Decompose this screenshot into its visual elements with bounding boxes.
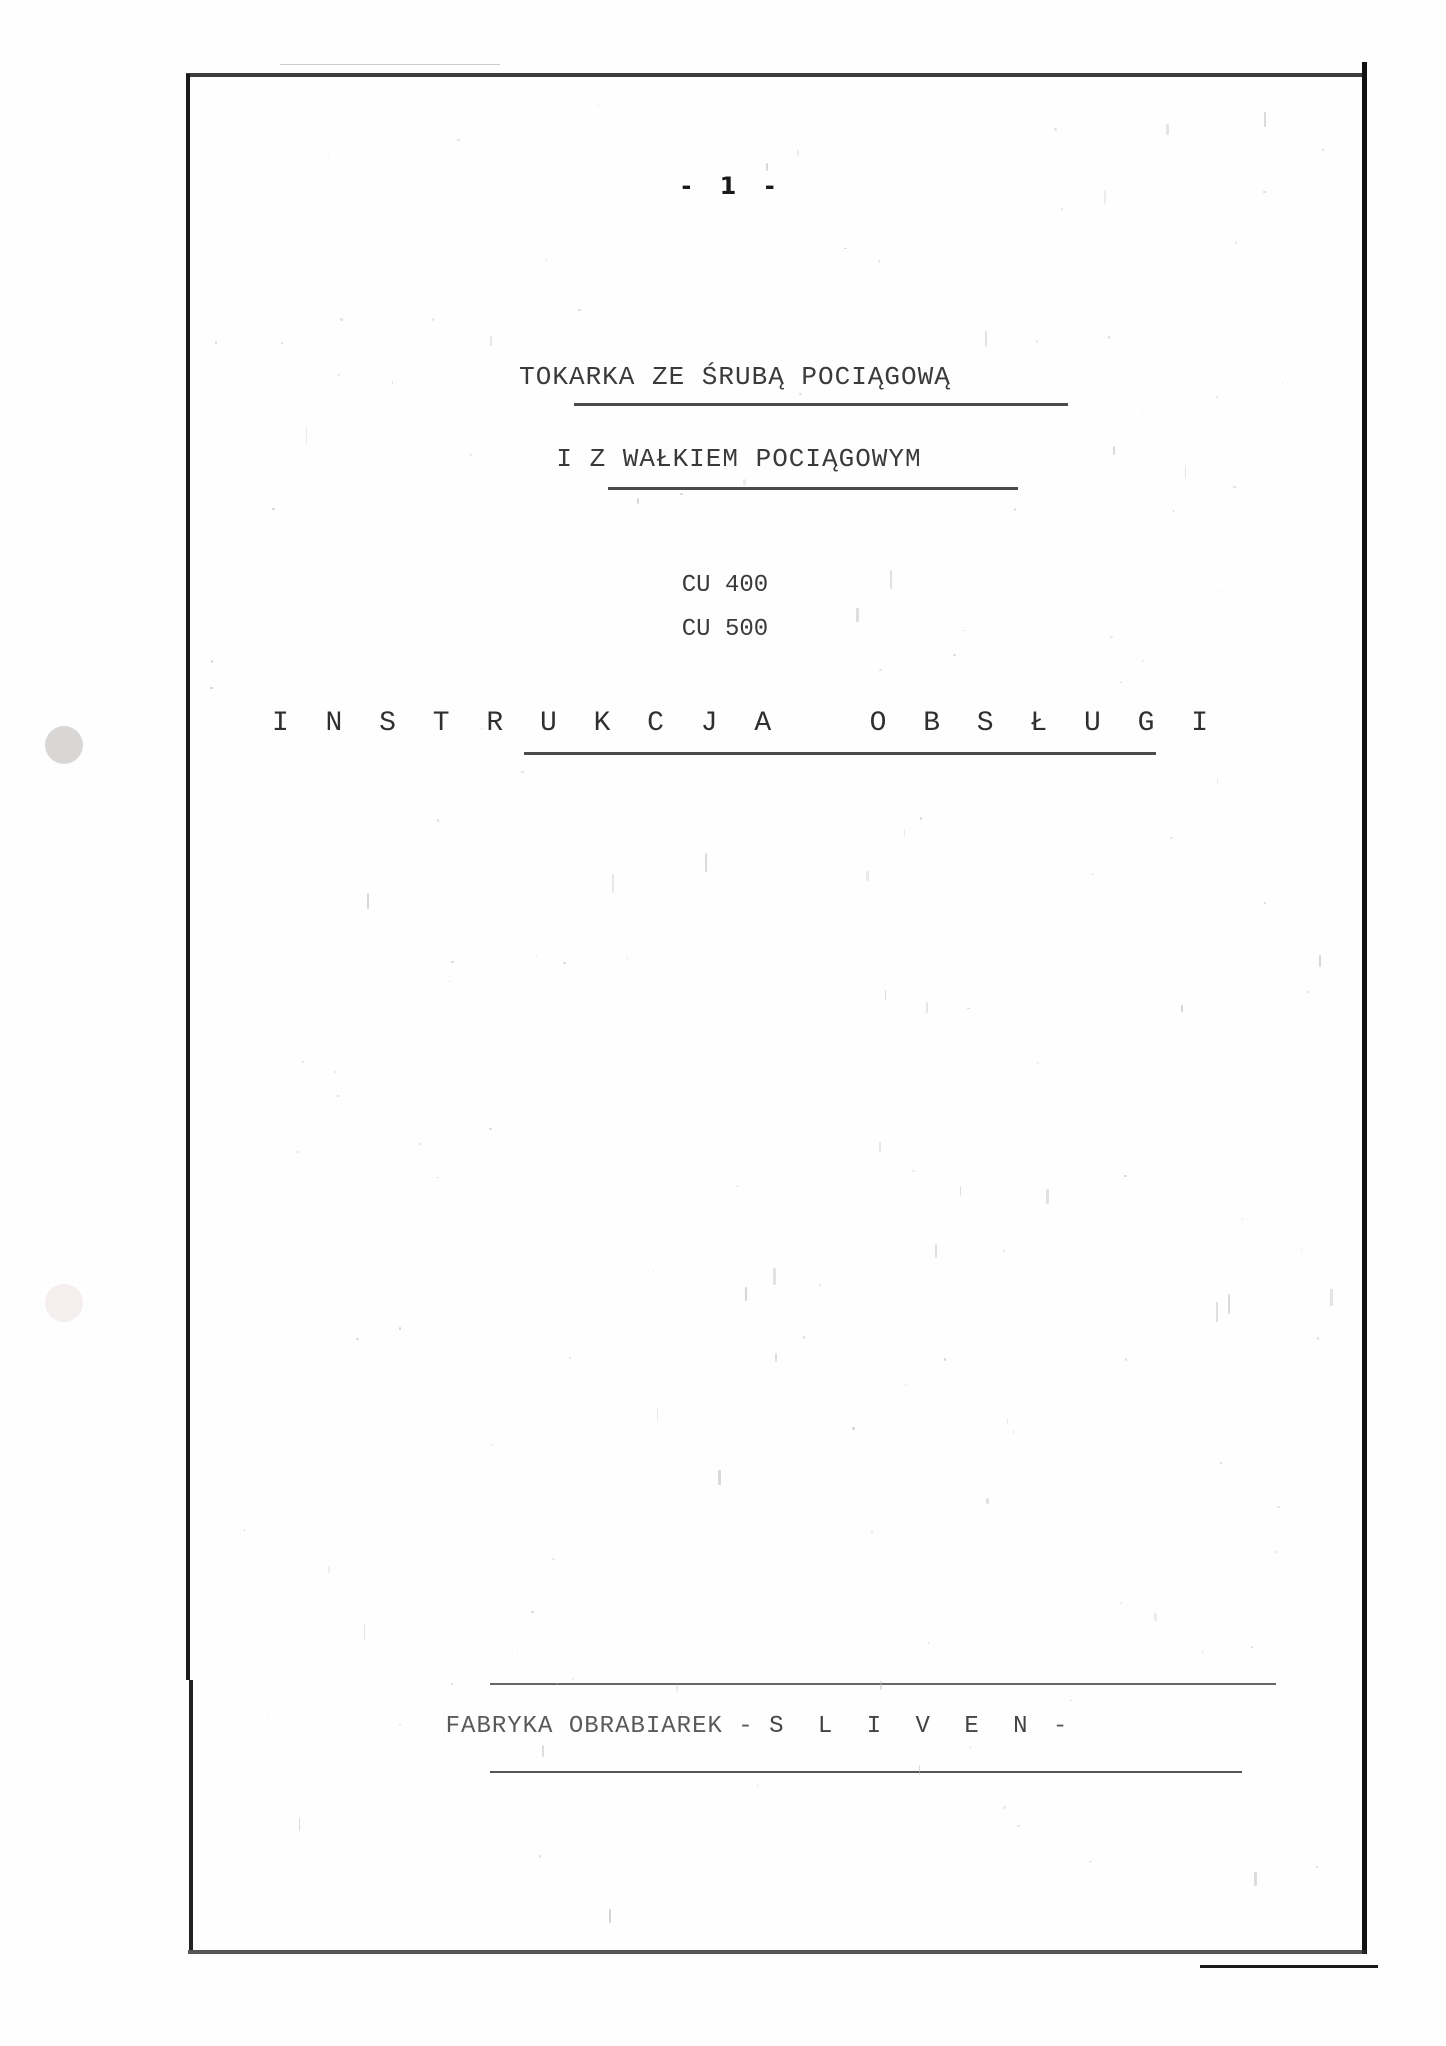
scan-speck: [451, 961, 454, 962]
scan-speck: [1154, 1613, 1157, 1621]
scan-speck: [985, 331, 987, 346]
scan-speck: [766, 163, 768, 171]
scan-speck: [1275, 1551, 1278, 1552]
scan-speck: [1046, 1189, 1049, 1204]
scan-speck: [676, 1684, 678, 1692]
scan-speck: [1228, 1294, 1230, 1314]
scan-speck: [392, 381, 393, 384]
scan-speck: [852, 1427, 854, 1429]
scan-speck: [705, 853, 707, 872]
scan-speck: [879, 1142, 881, 1152]
punch-hole: [45, 1284, 83, 1322]
scan-speck: [626, 957, 628, 959]
scan-speck: [1216, 396, 1218, 398]
scan-speck: [1014, 508, 1016, 510]
scan-speck: [210, 687, 212, 690]
scan-speck: [432, 318, 433, 321]
scan-speck: [337, 374, 340, 376]
scan-speck: [399, 1327, 401, 1330]
scan-speck: [1089, 1861, 1092, 1862]
scan-speck: [1013, 1431, 1014, 1433]
scan-speck: [680, 493, 683, 495]
scan-speck: [797, 150, 799, 156]
scan-speck: [871, 1530, 872, 1533]
scan-speck: [844, 248, 847, 249]
scan-speck: [552, 1558, 555, 1560]
scan-speck: [1120, 682, 1122, 683]
scan-speck: [517, 1653, 518, 1655]
scan-speck: [920, 817, 922, 820]
scan-speck: [302, 1061, 304, 1062]
scan-speck: [1108, 336, 1110, 339]
title-underline-1: [574, 403, 1068, 406]
scan-speck: [960, 1186, 961, 1196]
scan-speck: [637, 498, 639, 504]
scan-speck: [1319, 955, 1322, 967]
scan-speck: [539, 1855, 541, 1858]
frame-border-right: [1362, 62, 1367, 1954]
scan-speck: [1202, 1651, 1203, 1653]
scan-speck: [803, 1336, 805, 1338]
document-subtitle: I N S T R U K C J A O B S Ł U G I: [20, 708, 1446, 739]
scan-speck: [890, 570, 892, 589]
scan-speck: [986, 1498, 989, 1504]
scan-speck: [437, 819, 439, 821]
frame-border-left: [186, 74, 190, 1680]
scan-speck: [492, 1444, 494, 1446]
scan-speck: [319, 1054, 320, 1055]
scan-speck: [912, 1170, 915, 1172]
scan-speck: [337, 1095, 340, 1097]
scan-speck: [1061, 208, 1063, 210]
scan-speck: [775, 1353, 777, 1363]
scan-speck: [244, 1529, 245, 1531]
scan-speck: [773, 1268, 775, 1285]
scan-speck: [281, 342, 283, 344]
scan-speck: [559, 798, 561, 799]
footer-rule-top: [490, 1683, 1276, 1685]
scan-speck: [1301, 1249, 1302, 1252]
scan-speck: [743, 479, 745, 485]
scan-speck: [878, 260, 880, 262]
frame-top-faint-mark: [280, 64, 500, 65]
title-line-2: I Z WAŁKIEM POCIĄGOWYM: [16, 444, 1446, 474]
scan-speck: [1017, 1825, 1020, 1827]
scan-speck: [364, 1624, 365, 1641]
scan-speck: [926, 1002, 928, 1012]
scan-speck: [1316, 1866, 1318, 1868]
scan-speck: [1264, 902, 1266, 905]
scan-speck: [1166, 124, 1168, 135]
footer-suffix: -: [1038, 1713, 1069, 1740]
scan-speck: [1007, 1418, 1009, 1425]
scan-speck: [1170, 837, 1173, 839]
scan-speck: [334, 1071, 336, 1074]
scan-speck: [1173, 510, 1174, 513]
scan-speck: [531, 1611, 533, 1613]
scan-speck: [905, 1384, 906, 1386]
footer-rule-bottom: [490, 1771, 1242, 1773]
scan-speck: [879, 669, 882, 671]
scan-speck: [299, 1818, 300, 1830]
scan-speck: [1233, 486, 1236, 487]
scan-speck: [1142, 660, 1144, 662]
scan-speck: [367, 893, 369, 908]
scan-speck: [489, 1128, 492, 1130]
scan-speck: [1037, 1062, 1039, 1064]
scan-speck: [1054, 128, 1057, 131]
scan-speck: [856, 608, 859, 622]
scan-speck: [1251, 1646, 1254, 1648]
scan-speck: [745, 1287, 747, 1301]
scan-speck: [578, 309, 580, 311]
scan-speck: [449, 981, 450, 982]
scan-speck: [437, 1177, 439, 1178]
scan-speck: [1264, 112, 1267, 127]
scan-speck: [866, 871, 869, 881]
scan-speck: [1124, 1175, 1127, 1177]
scanned-document-page: - 1 - TOKARKA ZE ŚRUBĄ POCIĄGOWĄ I Z WAŁ…: [0, 0, 1446, 2046]
scan-speck: [542, 1745, 544, 1757]
scan-speck: [569, 1357, 571, 1358]
scan-speck: [928, 1642, 929, 1643]
scan-speck: [1143, 410, 1144, 412]
scan-speck: [1003, 1806, 1006, 1808]
scan-speck: [1322, 149, 1324, 150]
scan-speck: [451, 1683, 453, 1685]
scan-speck: [1263, 191, 1265, 192]
scan-speck: [328, 1566, 331, 1573]
scan-speck: [1242, 1218, 1243, 1220]
scan-speck: [356, 1338, 359, 1340]
scan-speck: [1104, 190, 1106, 205]
model-cu-500: CU 500: [2, 616, 1446, 643]
scan-speck: [1307, 991, 1309, 994]
frame-border-bottom-outer: [1200, 1965, 1378, 1968]
frame-border-top: [186, 73, 1366, 77]
scan-speck: [1330, 1289, 1332, 1306]
scan-speck: [490, 336, 492, 346]
scan-speck: [1217, 778, 1218, 785]
model-cu-400: CU 400: [2, 572, 1446, 599]
scan-speck: [718, 1470, 720, 1484]
scan-speck: [1120, 1602, 1122, 1604]
scan-speck: [419, 1143, 421, 1145]
scan-speck: [1277, 1506, 1280, 1508]
scan-speck: [1085, 147, 1086, 149]
manufacturer-footer: FABRYKA OBRABIAREK - S L I V E N -: [34, 1713, 1446, 1740]
scan-speck: [640, 831, 642, 833]
scan-speck: [657, 1408, 658, 1421]
scan-speck: [546, 259, 548, 261]
scan-speck: [306, 426, 307, 444]
scan-speck: [799, 393, 802, 395]
scan-speck: [935, 1244, 937, 1258]
subtitle-underline: [524, 752, 1156, 755]
scan-speck: [1220, 1462, 1222, 1464]
scan-speck: [521, 771, 524, 773]
scan-speck: [211, 660, 213, 663]
footer-prefix: FABRYKA OBRABIAREK -: [446, 1713, 769, 1740]
scan-speck: [1235, 241, 1237, 244]
scan-speck: [1003, 1250, 1005, 1252]
scan-speck: [328, 157, 329, 158]
scan-speck: [1216, 1302, 1218, 1322]
scan-speck: [1125, 1358, 1127, 1361]
scan-speck: [970, 1746, 972, 1748]
scan-speck: [340, 318, 343, 320]
scan-speck: [563, 962, 566, 964]
scan-speck: [904, 829, 905, 837]
scan-speck: [983, 550, 984, 551]
page-number: - 1 -: [10, 172, 1446, 200]
scan-speck: [457, 139, 460, 142]
scan-speck: [1036, 340, 1037, 343]
scan-speck: [609, 1909, 610, 1923]
scan-speck: [757, 1785, 758, 1787]
scan-speck: [737, 1185, 738, 1187]
frame-border-bottom: [188, 1950, 1366, 1954]
scan-speck: [880, 1681, 882, 1691]
scan-speck: [470, 454, 472, 456]
scan-speck: [1070, 1700, 1072, 1701]
scan-speck: [1181, 1005, 1183, 1012]
title-underline-2: [608, 487, 1018, 490]
scan-speck: [1317, 1337, 1319, 1339]
scan-speck: [272, 508, 275, 510]
scan-speck: [612, 874, 615, 893]
scan-speck: [572, 1678, 575, 1680]
scan-speck: [597, 105, 599, 106]
scan-speck: [536, 955, 537, 957]
scan-speck: [953, 654, 955, 656]
scan-speck: [1113, 446, 1115, 455]
title-line-1: TOKARKA ZE ŚRUBĄ POCIĄGOWĄ: [12, 362, 1446, 392]
footer-city: S L I V E N: [769, 1713, 1037, 1740]
scan-speck: [819, 1284, 821, 1286]
scan-speck: [215, 341, 216, 344]
scan-speck: [1254, 1872, 1257, 1886]
scan-speck: [297, 1151, 299, 1154]
scan-speck: [1092, 873, 1093, 876]
scan-speck: [653, 1271, 654, 1272]
scan-speck: [885, 990, 887, 1000]
scan-speck: [1282, 382, 1283, 384]
scan-speck: [967, 1008, 970, 1009]
scan-speck: [944, 1358, 946, 1360]
